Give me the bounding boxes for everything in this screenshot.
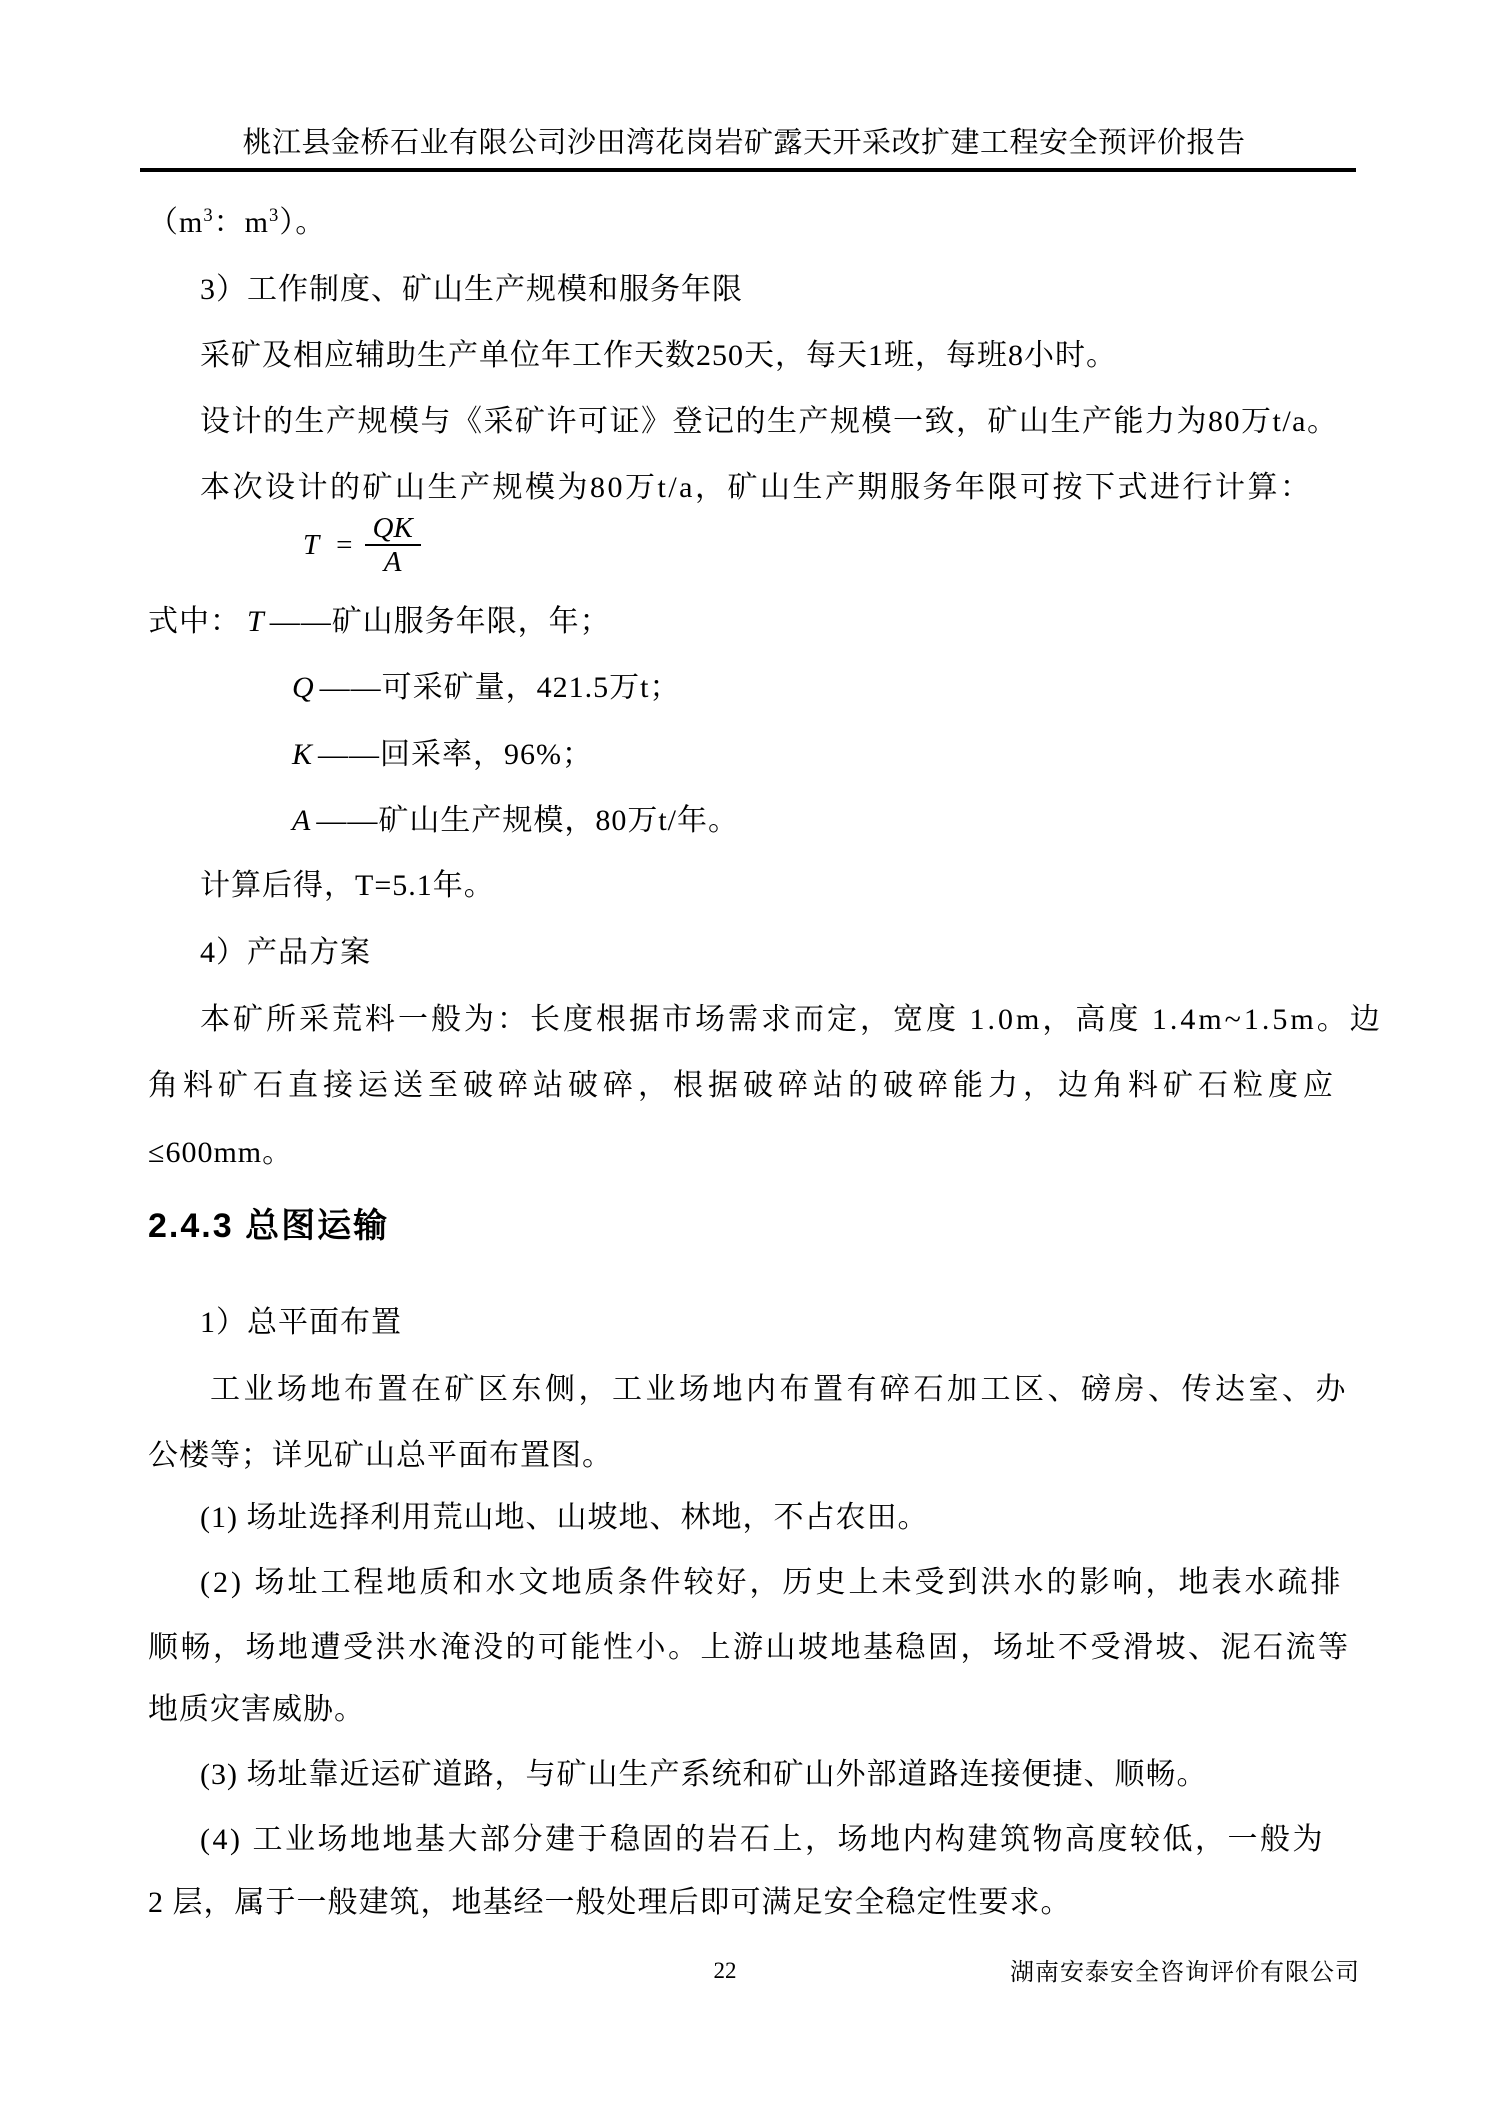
product-heading: 4）产品方案 — [200, 935, 371, 971]
page-header-title: 桃江县金桥石业有限公司沙田湾花岗岩矿露天开采改扩建工程安全预评价报告 — [0, 126, 1488, 160]
para-scale: 设计的生产规模与《采矿许可证》登记的生产规模一致，矿山生产能力为80万t/a。 — [200, 404, 1338, 440]
formula-equals: = — [336, 529, 352, 562]
formula-fraction: QK A — [365, 512, 421, 579]
site-item-2-line1: (2) 场址工程地质和水文地质条件较好，历史上未受到洪水的影响，地表水疏排 — [200, 1565, 1343, 1601]
m3-ratio-line: （m3：m3）。 — [148, 205, 326, 241]
formula-lhs: T — [303, 529, 319, 562]
site-item-3: (3) 场址靠近运矿道路，与矿山生产系统和矿山外部道路连接便捷、顺畅。 — [200, 1757, 1207, 1793]
footer-company-name: 湖南安泰安全咨询评价有限公司 — [1010, 1952, 1360, 1987]
document-page: 桃江县金桥石业有限公司沙田湾花岗岩矿露天开采改扩建工程安全预评价报告 （m3：m… — [0, 0, 1488, 2104]
para-layout-line2: 公楼等；详见矿山总平面布置图。 — [148, 1438, 613, 1474]
var-Q: Q — [292, 671, 315, 704]
para-design: 本次设计的矿山生产规模为80万t/a，矿山生产期服务年限可按下式进行计算： — [200, 470, 1312, 506]
work-system-heading: 3）工作制度、矿山生产规模和服务年限 — [200, 272, 743, 308]
formula-denominator: A — [365, 544, 421, 578]
where-k-line: K——回采率，96%； — [292, 737, 593, 773]
site-item-4-line1: (4) 工业场地地基大部分建于稳固的岩石上，场地内构建筑物高度较低，一般为 — [200, 1822, 1325, 1858]
section-243-heading: 2.4.3 总图运输 — [148, 1205, 389, 1247]
para-product-line1: 本矿所采荒料一般为：长度根据市场需求而定，宽度 1.0m，高度 1.4m~1.5… — [200, 1002, 1383, 1038]
site-item-4-line2: 2 层，属于一般建筑，地基经一般处理后即可满足安全稳定性要求。 — [148, 1885, 1072, 1921]
where-a-line: A——矿山生产规模，80万t/年。 — [292, 803, 739, 839]
para-product-line3: ≤600mm。 — [148, 1135, 293, 1171]
footer-page-number: 22 — [700, 1958, 750, 1984]
para-product-line2: 角料矿石直接运送至破碎站破碎，根据破碎站的破碎能力，边角料矿石粒度应 — [148, 1068, 1338, 1104]
var-K: K — [292, 738, 313, 771]
where-q-line: Q——可采矿量，421.5万t； — [292, 670, 681, 706]
result-line: 计算后得，T=5.1年。 — [200, 868, 495, 904]
var-A: A — [292, 804, 311, 837]
layout-heading: 1）总平面布置 — [200, 1305, 402, 1341]
superscript-3: 3 — [269, 205, 279, 226]
service-life-formula: T = QK A — [303, 512, 421, 579]
where-t-line: 式中：T——矿山服务年限，年； — [148, 604, 611, 640]
header-rule — [140, 168, 1356, 172]
formula-numerator: QK — [365, 512, 421, 544]
site-item-2-line3: 地质灾害威胁。 — [148, 1692, 365, 1728]
para-workdays: 采矿及相应辅助生产单位年工作天数250天，每天1班，每班8小时。 — [200, 338, 1117, 374]
site-item-2-line2: 顺畅，场地遭受洪水淹没的可能性小。上游山坡地基稳固，场址不受滑坡、泥石流等 — [148, 1630, 1351, 1666]
site-item-1: (1) 场址选择利用荒山地、山坡地、林地，不占农田。 — [200, 1500, 928, 1536]
superscript-3: 3 — [203, 205, 213, 226]
var-T: T — [247, 605, 265, 638]
para-layout-line1: 工业场地布置在矿区东侧，工业场地内布置有碎石加工区、磅房、传达室、办 — [210, 1372, 1349, 1408]
